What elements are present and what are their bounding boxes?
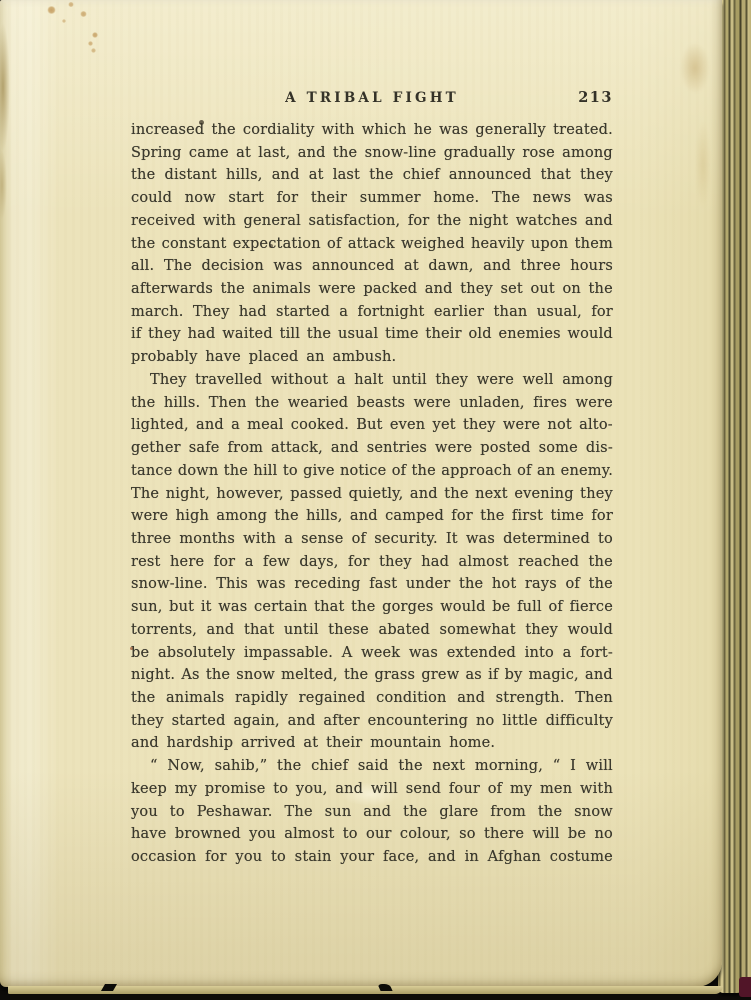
foxing-spot — [47, 6, 56, 14]
text-line: snow-line.Thiswasrecedingfastunderthehot… — [131, 573, 613, 596]
foxing-spot — [62, 19, 66, 23]
text-line: theanimalsrapidlyregainedconditionandstr… — [131, 687, 613, 710]
text-line: march.Theyhadstartedafortnightearliertha… — [131, 301, 613, 324]
text-line: thehills.Thentheweariedbeastswereunladen… — [131, 392, 613, 415]
book-photo: A TRIBAL FIGHT 213 increasedthecordialit… — [0, 0, 751, 1000]
foxing-spot — [68, 2, 74, 7]
foxing-spot — [80, 11, 87, 17]
text-line: theystartedagain,andafterencounteringnol… — [131, 710, 613, 733]
text-line: Thenight,however,passedquietly,andthenex… — [131, 483, 613, 506]
text-line: occasionforyoutostainyourface,andinAfgha… — [131, 846, 613, 869]
text-line: resthereforafewdays,fortheyhadalmostreac… — [131, 551, 613, 574]
text-line: receivedwithgeneralsatisfaction,fortheni… — [131, 210, 613, 233]
book-page: A TRIBAL FIGHT 213 increasedthecordialit… — [0, 0, 722, 987]
foxing-spot — [88, 41, 93, 46]
text-line: havebrownedyoualmosttoourcolour,sotherew… — [131, 823, 613, 846]
text-line: all.Thedecisionwasannouncedatdawn,andthr… — [131, 255, 613, 278]
text-line: werehighamongthehills,andcampedforthefir… — [131, 505, 613, 528]
text-line: threemonthswithasenseofsecurity.Itwasdet… — [131, 528, 613, 551]
text-line: night.Asthesnowmelted,thegrassgrewasifby… — [131, 664, 613, 687]
text-line: beabsolutelyimpassable.Aweekwasextendedi… — [131, 642, 613, 665]
foxing-spot — [92, 32, 98, 38]
edge-smudge — [0, 22, 10, 152]
text-line: theconstantexpectationofattackweighedhea… — [131, 233, 613, 256]
text-line: Springcameatlast,andthesnow-linegraduall… — [131, 142, 613, 165]
text-line: couldnowstartfortheirsummerhome.Thenewsw… — [131, 187, 613, 210]
text-line: iftheyhadwaitedtilltheusualtimetheirolde… — [131, 323, 613, 346]
text-line: youtoPeshawar.Thesunandtheglarefromthesn… — [131, 801, 613, 824]
text-line: thedistanthills,andatlastthechiefannounc… — [131, 164, 613, 187]
paper-stain — [680, 42, 710, 94]
text-line: and hardship arrived at their mountain h… — [131, 732, 613, 755]
book-cover-corner — [739, 977, 751, 997]
text-line: torrents,andthatuntiltheseabatedsomewhat… — [131, 619, 613, 642]
body-text: increasedthecordialitywithwhichhewasgene… — [131, 119, 613, 869]
foxing-spot — [91, 48, 96, 53]
paper-stain — [695, 120, 711, 210]
text-line: keepmypromisetoyou,andwillsendfourofmyme… — [131, 778, 613, 801]
text-line: Theytravelledwithoutahaltuntiltheywerewe… — [131, 369, 613, 392]
text-line: probably have placed an ambush. — [131, 346, 613, 369]
text-line: increasedthecordialitywithwhichhewasgene… — [131, 119, 613, 142]
text-line: “Now,sahib,”thechiefsaidthenextmorning,“… — [131, 755, 613, 778]
text-line: sun,butitwascertainthatthegorgeswouldbef… — [131, 596, 613, 619]
running-header-title: A TRIBAL FIGHT — [285, 90, 459, 106]
edge-smudge — [0, 150, 7, 220]
page-header: A TRIBAL FIGHT 213 — [131, 90, 613, 108]
text-line: gethersafefromattack,andsentrieswerepost… — [131, 437, 613, 460]
text-line: afterwardstheanimalswerepackedandtheyset… — [131, 278, 613, 301]
page-number: 213 — [578, 89, 613, 106]
text-line: tancedownthehilltogivenoticeoftheapproac… — [131, 460, 613, 483]
fore-edge-page-stack — [718, 0, 751, 993]
text-line: lighted,andamealcooked.Butevenyettheywer… — [131, 414, 613, 437]
